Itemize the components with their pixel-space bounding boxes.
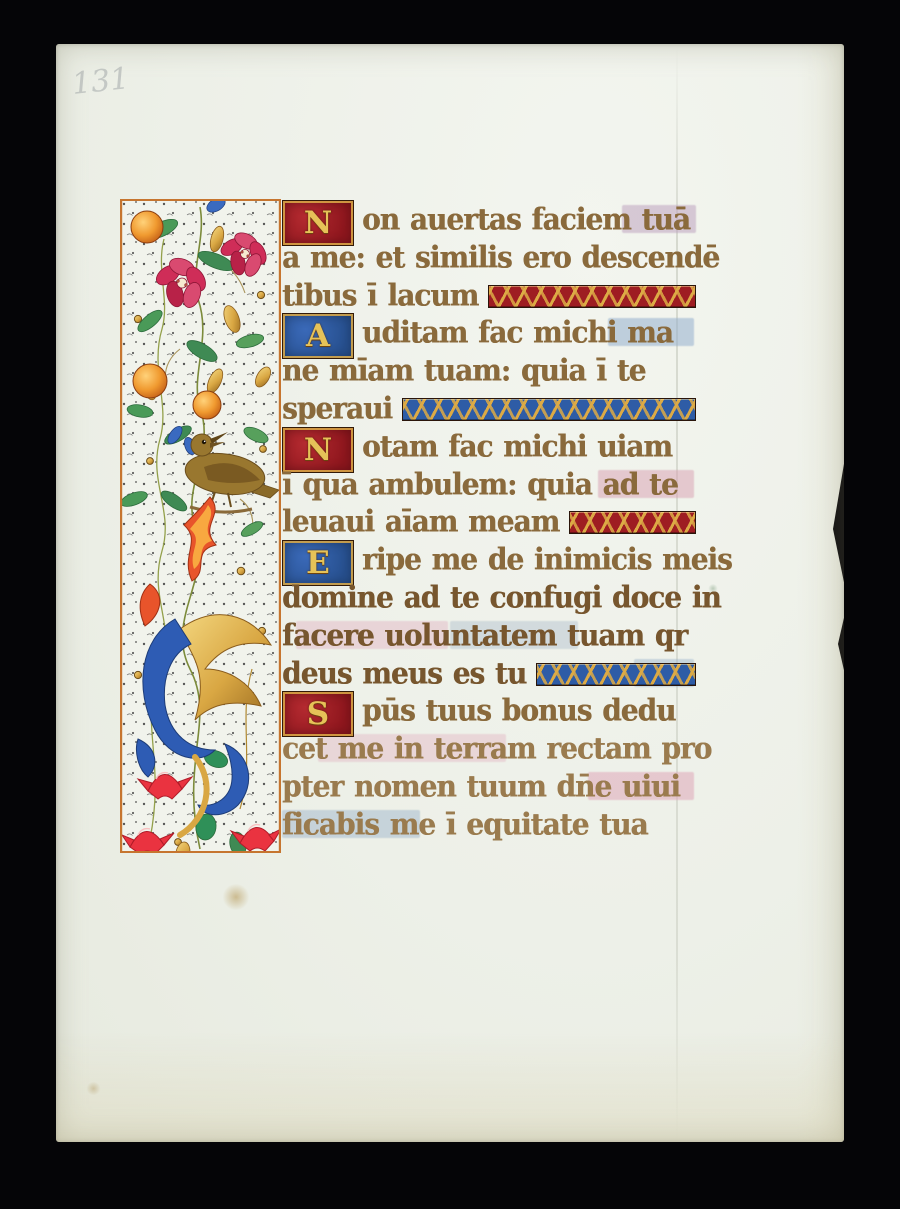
text-line-text: ne mīam tuam: quia ī te [282, 352, 645, 390]
parchment-edge-tear [833, 452, 846, 592]
parchment-stain [222, 884, 250, 910]
line-filler [569, 511, 696, 534]
manuscript-leaf: 131 [56, 44, 844, 1142]
line-filler [488, 285, 696, 308]
text-line-text: cet me in terram rectam pro [282, 730, 711, 768]
text-line-text: ī qua ambulem: quia ad te [282, 466, 678, 504]
text-line-text: otam fac michi uiam [362, 428, 672, 466]
text-line-text: facere uoluntatem tuam qr [282, 617, 687, 655]
text-line-text: on auertas faciem tuā [362, 201, 690, 239]
text-line: domine ad te confugi doce in [282, 579, 696, 617]
text-line: Eripe me de inimicis meis [282, 541, 696, 579]
text-line-text: ripe me de inimicis meis [362, 541, 732, 579]
parchment-edge-tear [838, 609, 846, 679]
text-line: Spūs tuus bonus dedu [282, 692, 696, 730]
text-line: Auditam fac michi ma [282, 314, 696, 352]
text-line: ficabis me ī equitate tua [282, 806, 696, 844]
text-line: facere uoluntatem tuam qr [282, 617, 696, 655]
text-line: leuaui aīam meam [282, 503, 696, 541]
text-block: Non auertas faciem tuāa me: et similis e… [282, 201, 696, 844]
parchment-stain [86, 1082, 101, 1095]
text-line-text: pter nomen tuum dn̄e uiui [282, 768, 680, 806]
text-line: Non auertas faciem tuā [282, 201, 696, 239]
text-line: pter nomen tuum dn̄e uiui [282, 768, 696, 806]
text-line: ne mīam tuam: quia ī te [282, 352, 696, 390]
photo-background: { "page": { "pencil_number": "131", "bac… [0, 0, 900, 1209]
line-filler [536, 663, 696, 686]
line-filler [402, 398, 696, 421]
text-line-text: leuaui aīam meam [282, 503, 559, 541]
text-line-text: domine ad te confugi doce in [282, 579, 721, 617]
text-line-text: tibus ī lacum [282, 277, 478, 315]
text-line-text: ficabis me ī equitate tua [282, 806, 648, 844]
text-line: ī qua ambulem: quia ad te [282, 466, 696, 504]
illuminated-border-art [120, 199, 281, 853]
text-line: Notam fac michi uiam [282, 428, 696, 466]
text-line-text: pūs tuus bonus dedu [362, 692, 675, 730]
pencil-folio-number: 131 [70, 61, 131, 102]
text-line-text: uditam fac michi ma [362, 314, 673, 352]
text-line-text: a me: et similis ero descendē [282, 239, 719, 277]
text-line: deus meus es tu [282, 655, 696, 693]
text-line-text: deus meus es tu [282, 655, 526, 693]
text-line-text: speraui [282, 390, 392, 428]
text-line: speraui [282, 390, 696, 428]
illuminated-border [120, 199, 281, 853]
text-line: cet me in terram rectam pro [282, 730, 696, 768]
text-line: a me: et similis ero descendē [282, 239, 696, 277]
text-line: tibus ī lacum [282, 277, 696, 315]
